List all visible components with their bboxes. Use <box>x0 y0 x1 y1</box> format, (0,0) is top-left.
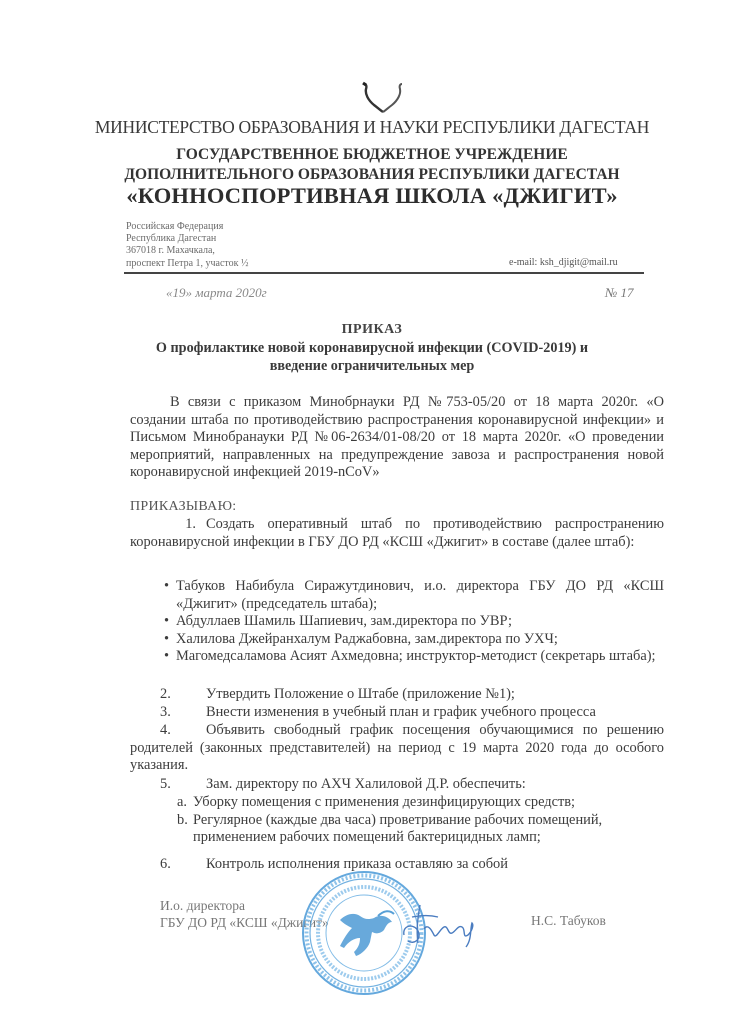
header-divider <box>124 272 644 274</box>
order-subject-line: О профилактике новой коронавирусной инфе… <box>0 339 744 357</box>
item-number: 4. <box>130 722 206 740</box>
bullet-icon: • <box>164 648 169 666</box>
subitem: b.Регулярное (каждые два часа) проветрив… <box>177 812 665 847</box>
bullet-icon: • <box>164 631 169 649</box>
order-item-2: 2.Утвердить Положение о Штабе (приложени… <box>130 686 664 704</box>
item-text: Утвердить Положение о Штабе (приложение … <box>206 686 515 702</box>
address-line: проспект Петра 1, участок ½ <box>126 258 249 270</box>
staff-member: •Магомедсаламова Асият Ахмедовна; инстру… <box>162 648 664 666</box>
staff-list: •Табуков Набибула Сиражутдинович, и.о. д… <box>162 578 664 666</box>
order-item-3: 3.Внести изменения в учебный план и граф… <box>130 704 664 722</box>
staff-member: •Табуков Набибула Сиражутдинович, и.о. д… <box>162 578 664 613</box>
signer-name: Н.С. Табуков <box>531 913 606 929</box>
coat-of-arms-icon <box>358 78 408 116</box>
item-number: 6. <box>130 856 206 874</box>
org-name-line1: ГОСУДАРСТВЕННОЕ БЮДЖЕТНОЕ УЧРЕЖДЕНИЕ <box>0 146 744 164</box>
document-type: ПРИКАЗ <box>0 322 744 338</box>
handwritten-signature-icon <box>400 895 490 965</box>
subitem-letter: a. <box>177 794 187 812</box>
item-text: Зам. директору по АХЧ Халиловой Д.Р. обе… <box>206 776 526 792</box>
staff-text: Халилова Джейранхалум Раджабовна, зам.ди… <box>176 631 558 647</box>
item-number: 1. <box>130 516 206 534</box>
order-item-1: 1.Создать оперативный штаб по противодей… <box>130 516 664 551</box>
staff-text: Табуков Набибула Сиражутдинович, и.о. ди… <box>176 578 664 612</box>
address-line: 367018 г. Махачкала, <box>126 245 249 257</box>
order-subject-line: введение ограничительных мер <box>0 357 744 375</box>
staff-member: •Халилова Джейранхалум Раджабовна, зам.д… <box>162 631 664 649</box>
order-subject: О профилактике новой коронавирусной инфе… <box>0 339 744 375</box>
subitem-letter: b. <box>177 812 188 830</box>
subitem-list: a.Уборку помещения с применения дезинфиц… <box>177 794 665 847</box>
item-number: 2. <box>130 686 206 704</box>
item-text: Создать оперативный штаб по противодейст… <box>130 516 664 550</box>
item-text: Внести изменения в учебный план и график… <box>206 704 596 720</box>
order-date: «19» марта 2020г <box>166 285 267 301</box>
address-block: Российская Федерация Республика Дагестан… <box>126 221 249 270</box>
subitem-text: Уборку помещения с применения дезинфицир… <box>193 794 575 810</box>
order-directive: ПРИКАЗЫВАЮ: <box>130 499 236 515</box>
subitem: a.Уборку помещения с применения дезинфиц… <box>177 794 665 812</box>
ministry-name: МИНИСТЕРСТВО ОБРАЗОВАНИЯ И НАУКИ РЕСПУБЛ… <box>0 117 744 138</box>
staff-text: Абдуллаев Шамиль Шапиевич, зам.директора… <box>176 613 512 629</box>
bullet-icon: • <box>164 613 169 631</box>
order-item-4: 4.Объявить свободный график посещения об… <box>130 722 664 775</box>
order-number: № 17 <box>605 285 634 301</box>
org-name-line2: ДОПОЛНИТЕЛЬНОГО ОБРАЗОВАНИЯ РЕСПУБЛИКИ Д… <box>0 166 744 184</box>
item-number: 5. <box>130 776 206 794</box>
subitem-text: Регулярное (каждые два часа) проветриван… <box>193 812 602 846</box>
address-line: Российская Федерация <box>126 221 249 233</box>
intro-paragraph: В связи с приказом Минобрнауки РД №753-0… <box>130 394 664 482</box>
order-item-5: 5.Зам. директору по АХЧ Халиловой Д.Р. о… <box>130 776 664 794</box>
bullet-icon: • <box>164 578 169 596</box>
item-number: 3. <box>130 704 206 722</box>
address-line: Республика Дагестан <box>126 233 249 245</box>
email-link[interactable]: e-mail: ksh_djigit@mail.ru <box>509 257 618 268</box>
item-text: Объявить свободный график посещения обуч… <box>130 722 664 773</box>
staff-member: •Абдуллаев Шамиль Шапиевич, зам.директор… <box>162 613 664 631</box>
staff-text: Магомедсаламова Асият Ахмедовна; инструк… <box>176 648 656 664</box>
school-name: «КОННОСПОРТИВНАЯ ШКОЛА «ДЖИГИТ» <box>0 183 744 209</box>
